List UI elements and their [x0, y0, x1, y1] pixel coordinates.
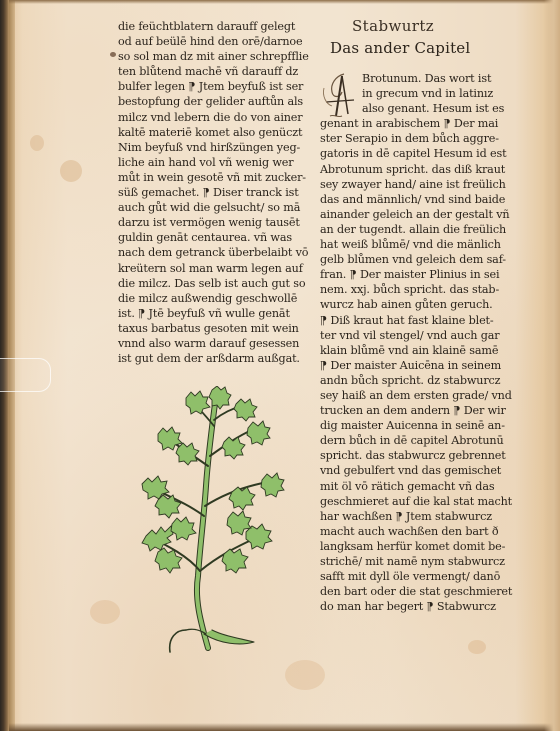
- text-line: geschmieret auf die kal stat macht: [320, 494, 510, 509]
- chapter-heading: Das ander Capitel: [330, 39, 470, 57]
- text-line: har wachßen ⁋ Jtem stabwurcz: [320, 509, 510, 524]
- text-line: kreütern sol man warm legen auf: [118, 261, 304, 276]
- text-line: ist. ⁋ Jtē beyfuß vñ wulle genāt: [118, 306, 304, 321]
- text-line: ster Serapio in dem bůch aggre-: [320, 131, 510, 146]
- text-line: fran. ⁋ Der maister Plinius in sei: [320, 267, 510, 282]
- text-line: klain blůmē vnd ain klainē samē: [320, 343, 510, 358]
- page-bottom-edge: [9, 723, 560, 731]
- text-line: sey haiß an dem ersten grade/ vnd: [320, 388, 510, 403]
- text-line: ainander geleich an der gestalt vñ: [320, 207, 510, 222]
- text-line: in grecum vnd in latinız: [320, 86, 510, 101]
- text-line: trucken an dem andern ⁋ Der wir: [320, 403, 510, 418]
- text-line: spricht. das stabwurcz gebrennet: [320, 448, 510, 463]
- text-line: ist gut dem der arßdarm außgat.: [118, 351, 304, 366]
- text-line: nem. xxj. bůch spricht. das stab-: [320, 282, 510, 297]
- text-line: wurcz hab ainen gůten geruch.: [320, 297, 510, 312]
- right-text-column: Brotunum. Das wort ist in grecum vnd in …: [320, 71, 510, 614]
- text-line: auch gůt wid die gelsucht/ so mā: [118, 200, 304, 215]
- paper-stain: [468, 640, 486, 654]
- text-line: liche ain hand vol vñ wenig wer: [118, 155, 304, 170]
- text-line: Abrotunum spricht. das diß kraut: [320, 162, 510, 177]
- text-line: die milcz außwendig geschwollē: [118, 291, 304, 306]
- text-line: andn bůch spricht. dz stabwurcz: [320, 373, 510, 388]
- text-line: vnd gebulfert vnd das gemischet: [320, 463, 510, 478]
- text-line: můt in wein gesotē vñ mit zucker-: [118, 170, 304, 185]
- text-line: die milcz. Das selb ist auch gut so: [118, 276, 304, 291]
- text-line: bulfer legen ⁋ Jtem beyfuß ist ser: [118, 79, 304, 94]
- text-line: taxus barbatus gesoten mit wein: [118, 321, 304, 336]
- text-line: das and männlich/ vnd sind baide: [320, 192, 510, 207]
- text-line: bestopfung der gelider auftůn als: [118, 94, 304, 109]
- text-line: hat weiß blůmē/ vnd die mänlich: [320, 237, 510, 252]
- text-line: kaltē materiē komet also genüczt: [118, 125, 304, 140]
- paper-stain: [90, 600, 120, 624]
- plant-illustration-icon: [128, 386, 288, 656]
- text-line: dern bůch in dē capitel Abrotunū: [320, 433, 510, 448]
- text-line: ⁋ Diß kraut hat fast klaine blet-: [320, 313, 510, 328]
- paper-stain: [110, 52, 116, 57]
- text-line: vnnd also warm darauf gesessen: [118, 336, 304, 351]
- text-line: darzu ist vermögen wenig tausēt: [118, 215, 304, 230]
- text-line: genant in arabischem ⁋ Der mai: [320, 116, 510, 131]
- text-line: ten blůtend machē vñ darauff dz: [118, 64, 304, 79]
- page-right-edge: [544, 0, 560, 731]
- text-line: sey zwayer hand/ aine ist freülich: [320, 177, 510, 192]
- paper-stain: [285, 660, 325, 690]
- text-line: ter vnd vil stengel/ vnd auch gar: [320, 328, 510, 343]
- text-line: mit öl vō rätich gemacht vñ das: [320, 479, 510, 494]
- text-line: milcz vnd lebern die do von ainer: [118, 110, 304, 125]
- paper-stain: [30, 135, 44, 151]
- page-top-edge: [9, 0, 560, 4]
- text-line: so sol man dz mit ainer schrepfflie: [118, 49, 304, 64]
- text-line: an der tugendt. allain die freülich: [320, 222, 510, 237]
- left-text-column: die feüchtblatern darauff gelegt od auf …: [118, 19, 304, 366]
- text-line: do man har begert ⁋ Stabwurcz: [320, 599, 510, 614]
- text-line: guldin genāt centaurea. vñ was: [118, 230, 304, 245]
- text-line: macht auch wachßen den bart ð: [320, 524, 510, 539]
- text-line: also genant. Hesum ist es: [320, 101, 510, 116]
- text-line: langksam herfür komet domit be-: [320, 539, 510, 554]
- running-head: Stabwurtz: [352, 17, 434, 35]
- text-line: dig maister Auicenna in seinē an-: [320, 418, 510, 433]
- text-line: strichē/ mit namē nym stabwurcz: [320, 554, 510, 569]
- text-line: nach dem getranck überbelaibt vō: [118, 245, 304, 260]
- page-clip-tab: [0, 358, 51, 392]
- text-line: gelb blůmen vnd geleich dem saf-: [320, 252, 510, 267]
- text-line: den bart oder die stat geschmieret: [320, 584, 510, 599]
- text-line: gatoris in dē capitel Hesum id est: [320, 146, 510, 161]
- paper-stain: [60, 160, 82, 182]
- text-line: od auf beülē hind den orē/darnoe: [118, 34, 304, 49]
- text-line: Nim beyfuß vnd hirßzüngen yeg-: [118, 140, 304, 155]
- text-line: Brotunum. Das wort ist: [320, 71, 510, 86]
- text-line: süß gemachet. ⁋ Diser tranck ist: [118, 185, 304, 200]
- text-line: ⁋ Der maister Auicēna in seinem: [320, 358, 510, 373]
- text-line: safft mit dyll öle vermengt/ danō: [320, 569, 510, 584]
- text-line: die feüchtblatern darauff gelegt: [118, 19, 304, 34]
